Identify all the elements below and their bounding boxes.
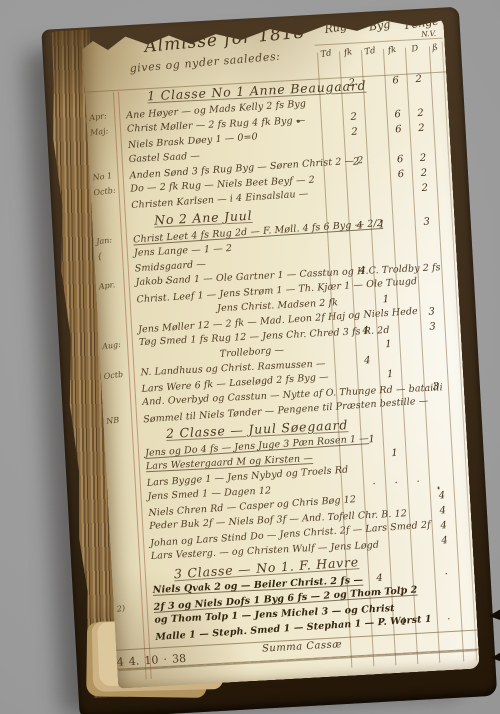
value-rug-fk: 4 [351,265,374,277]
value-penge-ss [433,121,449,122]
value-rug-td [322,142,344,143]
value-rug-fk [346,171,368,172]
month-label: { [97,248,130,261]
month-label [115,567,147,571]
month-label [104,383,136,387]
value-rug-td [325,187,347,188]
month-label [118,631,150,635]
value-byg-fk: · [407,476,430,488]
entry-text: Gastel Saad — [128,151,200,165]
value-rug-fk [364,493,386,494]
value-rug-td [325,202,347,203]
value-rug-fk [367,553,389,554]
value-penge-ss [454,489,470,490]
value-penge-ss [460,598,476,599]
month-label [108,447,140,451]
value-byg-fk [408,491,430,492]
value-byg-td: 1 [377,338,400,350]
value-byg-fk [398,322,420,323]
value-rug-td [320,112,342,113]
value-penge-ss [437,196,453,197]
value-byg-fk [394,247,416,248]
value-penge-d: 2 [412,182,437,194]
month-label [116,586,148,590]
month-label: Jan: [96,233,129,246]
column-unit-headers: Td fk Td fk D ß [315,43,443,60]
value-byg-fk [409,506,431,507]
month-label [99,293,131,297]
value-byg-fk [414,600,436,601]
value-penge-ss [431,91,447,92]
value-penge-ss [442,275,458,276]
month-label [105,398,137,402]
value-byg-fk: 6 [386,109,409,121]
month-label [113,537,145,541]
value-rug-fk [347,186,369,187]
value-byg-td [366,140,388,141]
month-label [101,323,133,327]
value-penge-ss [440,245,456,246]
value-rug-fk [342,96,364,97]
value-penge-ss [454,504,470,505]
month-label: Maj: [90,125,123,138]
value-penge-d: 2 [411,152,436,164]
value-byg-td: · [385,477,408,489]
value-rug-fk: · [371,617,394,629]
value-rug-fk [357,370,379,371]
value-byg-fk [401,367,423,368]
value-byg-fk [400,352,422,353]
clasp-icon [491,650,500,664]
value-penge-ss [459,583,475,584]
month-label [95,214,127,218]
value-byg-td [382,432,404,433]
value-byg-fk [411,551,433,552]
value-penge-ss [445,335,461,336]
value-penge-d [422,351,446,352]
value-penge-d: 3 [420,321,445,333]
value-penge-ss [430,72,446,73]
value-byg-td [384,462,406,463]
value-byg-td [365,125,387,126]
value-penge-d [423,366,447,367]
unit-td: Td [358,45,381,58]
value-byg-fk: 6 [389,154,412,166]
value-byg-td [369,185,391,186]
value-rug-fk [349,235,371,236]
value-rug-fk: · [363,478,386,490]
value-penge-ss [458,568,474,569]
value-penge-d [418,276,442,277]
value-byg-fk [403,412,425,413]
ledger-rows: 1 Classe No 1 Anne Beaugaard 2 6 2 Apr: … [85,72,477,647]
value-penge-ss [434,136,450,137]
value-penge-ss [443,305,459,306]
month-label [110,477,142,481]
value-byg-fk [412,570,434,571]
value-penge-ss [446,350,462,351]
value-rug-td [324,172,346,173]
value-rug-td [328,251,350,252]
value-rug-fk [361,449,383,450]
unit-td: Td [314,47,337,60]
value-rug-td [339,450,361,451]
value-penge-d [425,411,449,412]
month-label [88,91,120,95]
month-label: Octb: [93,184,126,197]
value-byg-td: 1 [383,447,406,459]
value-rug-td [321,127,343,128]
month-label: 2) [116,601,149,614]
value-penge-ss [438,215,454,216]
value-byg-td [364,110,386,111]
value-byg-td [369,200,391,201]
value-rug-fk: 4 [356,355,379,367]
value-penge-d [419,291,443,292]
value-penge-d: 3 [414,216,439,228]
value-penge-ss [453,474,469,475]
month-label [112,522,144,526]
value-rug-fk [353,295,375,296]
total-rug-fk: 4. [128,654,139,668]
clasp-icon [488,608,500,622]
unit-ss: ß [426,42,443,54]
value-byg-td [389,552,411,553]
value-penge-d: 4 [430,490,455,502]
value-byg-fk [410,536,432,537]
value-penge-ss [450,429,466,430]
value-penge-ss [456,534,472,535]
value-penge-d [415,231,439,232]
value-byg-td [371,234,393,235]
value-penge-ss [452,459,468,460]
value-byg-fk [388,139,410,140]
value-byg-fk [391,183,413,184]
month-label [109,462,141,466]
value-byg-td [390,571,412,572]
value-penge-ss [447,365,463,366]
ledger-page: Almisse for 1818 gives og nyder saaledes… [82,16,480,689]
month-label [98,263,130,267]
unit-d: D [402,42,427,56]
value-rug-fk: 2 [343,126,366,138]
summa-label: Summa Cassæ [262,639,343,654]
value-penge-ss [441,260,457,261]
value-rug-fk: · [369,587,392,599]
value-byg-fk [397,292,419,293]
value-byg-td [368,170,390,171]
value-byg-fk: 6 [390,169,413,181]
value-penge-d [416,246,440,247]
value-rug-fk [355,340,377,341]
value-byg-fk [406,461,428,462]
value-rug-td [333,341,355,342]
value-penge-ss [443,290,459,291]
value-penge-ss [432,106,448,107]
value-penge-d: 4 [431,505,456,517]
value-byg-td [364,95,386,96]
value-byg-fk [385,94,407,95]
total-rug-td: 4 [116,655,124,668]
value-rug-fk: 4 [354,325,377,337]
value-penge-ss [444,320,460,321]
value-penge-d [428,460,452,461]
value-penge-ss [436,181,452,182]
value-byg-td [386,492,408,493]
month-label: NB [106,413,139,426]
month-label [111,507,143,511]
value-penge-d [410,137,434,138]
value-byg-fk [404,431,426,432]
value-rug-fk [344,141,366,142]
value-rug-td [320,97,342,98]
value-penge-ss [451,444,467,445]
value-penge-ss [461,613,477,614]
value-byg-td [367,155,389,156]
month-label [91,139,123,143]
value-rug-fk [359,415,381,416]
month-label: No 1 [92,169,125,182]
value-byg-td [388,537,410,538]
value-rug-fk [350,250,372,251]
value-rug-fk: 4 [348,220,371,232]
ledger-book: Almisse for 1818 gives og nyder saaledes… [46,13,485,702]
value-byg-td: 1 [370,219,393,231]
value-byg-fk: 6 [387,124,410,136]
unit-fk: fk [336,46,359,59]
month-label [107,428,139,432]
value-byg-fk: 6 [384,75,407,87]
value-penge-d: 4 [431,520,456,532]
value-byg-td: 1 [391,586,414,598]
value-penge-ss [448,395,464,396]
month-label [94,199,126,203]
value-penge-d [436,599,460,600]
value-rug-fk: 1 [360,434,383,446]
month-label [110,492,142,496]
value-penge-d [429,475,453,476]
month-label: Octb [103,368,136,381]
value-penge-d: 2 [408,107,433,119]
total-penge-d: 38 [172,652,187,666]
value-rug-td [327,236,349,237]
month-label: Apr: [89,110,122,123]
value-penge-d: 3 [424,381,449,393]
value-penge-d [413,197,437,198]
value-byg-fk [393,232,415,233]
value-penge-d: · [437,613,462,625]
value-byg-fk [405,446,427,447]
value-rug-fk: 2 [341,77,364,89]
value-byg-td: 1 [393,616,416,628]
value-penge-ss [439,230,455,231]
month-label [114,552,146,556]
value-rug-td [335,371,357,372]
value-penge-d: · [434,569,459,581]
value-penge-d: 2 [406,73,431,85]
value-penge-d [427,445,451,446]
month-label [103,353,135,357]
value-byg-td [378,353,400,354]
value-rug-td [341,480,363,481]
value-penge-d [407,92,431,93]
photo-of-ledger: Almisse for 1818 gives og nyder saaledes… [0,0,500,714]
value-penge-ss [448,380,464,381]
value-penge-d: 4 [432,535,457,547]
value-byg-td: 1 [375,294,398,306]
value-rug-fk: 2 [345,156,368,168]
value-byg-td [372,249,394,250]
value-byg-fk [399,337,421,338]
value-rug-td [334,356,356,357]
value-penge-d [426,430,450,431]
unit-fk: fk [380,44,403,57]
value-penge-ss [455,519,471,520]
value-penge-d [435,584,459,585]
value-penge-d: 2 [412,167,437,179]
value-penge-d [421,336,445,337]
value-penge-ss [449,410,465,411]
value-byg-td: 1 [379,368,402,380]
value-penge-ss [435,151,451,152]
month-label [117,616,149,620]
value-penge-d: 2 [409,122,434,134]
value-rug-fk: 2 [342,111,365,123]
value-rug-fk: 4 [368,572,391,584]
month-label [100,308,132,312]
value-byg-td [381,413,403,414]
value-byg-fk [391,198,413,199]
value-byg-fk [392,217,414,218]
month-label: Apr. [98,278,131,291]
month-label: Aug: [102,338,135,351]
value-penge-d: 3 [419,306,444,318]
value-rug-fk [347,201,369,202]
month-label [92,154,124,158]
value-penge-d [433,550,457,551]
total-byg-fk: · [163,653,167,666]
value-rug-fk [362,464,384,465]
total-byg-td: 10 [144,653,159,667]
value-penge-ss [457,549,473,550]
value-penge-ss [436,166,452,167]
value-byg-td [392,601,414,602]
